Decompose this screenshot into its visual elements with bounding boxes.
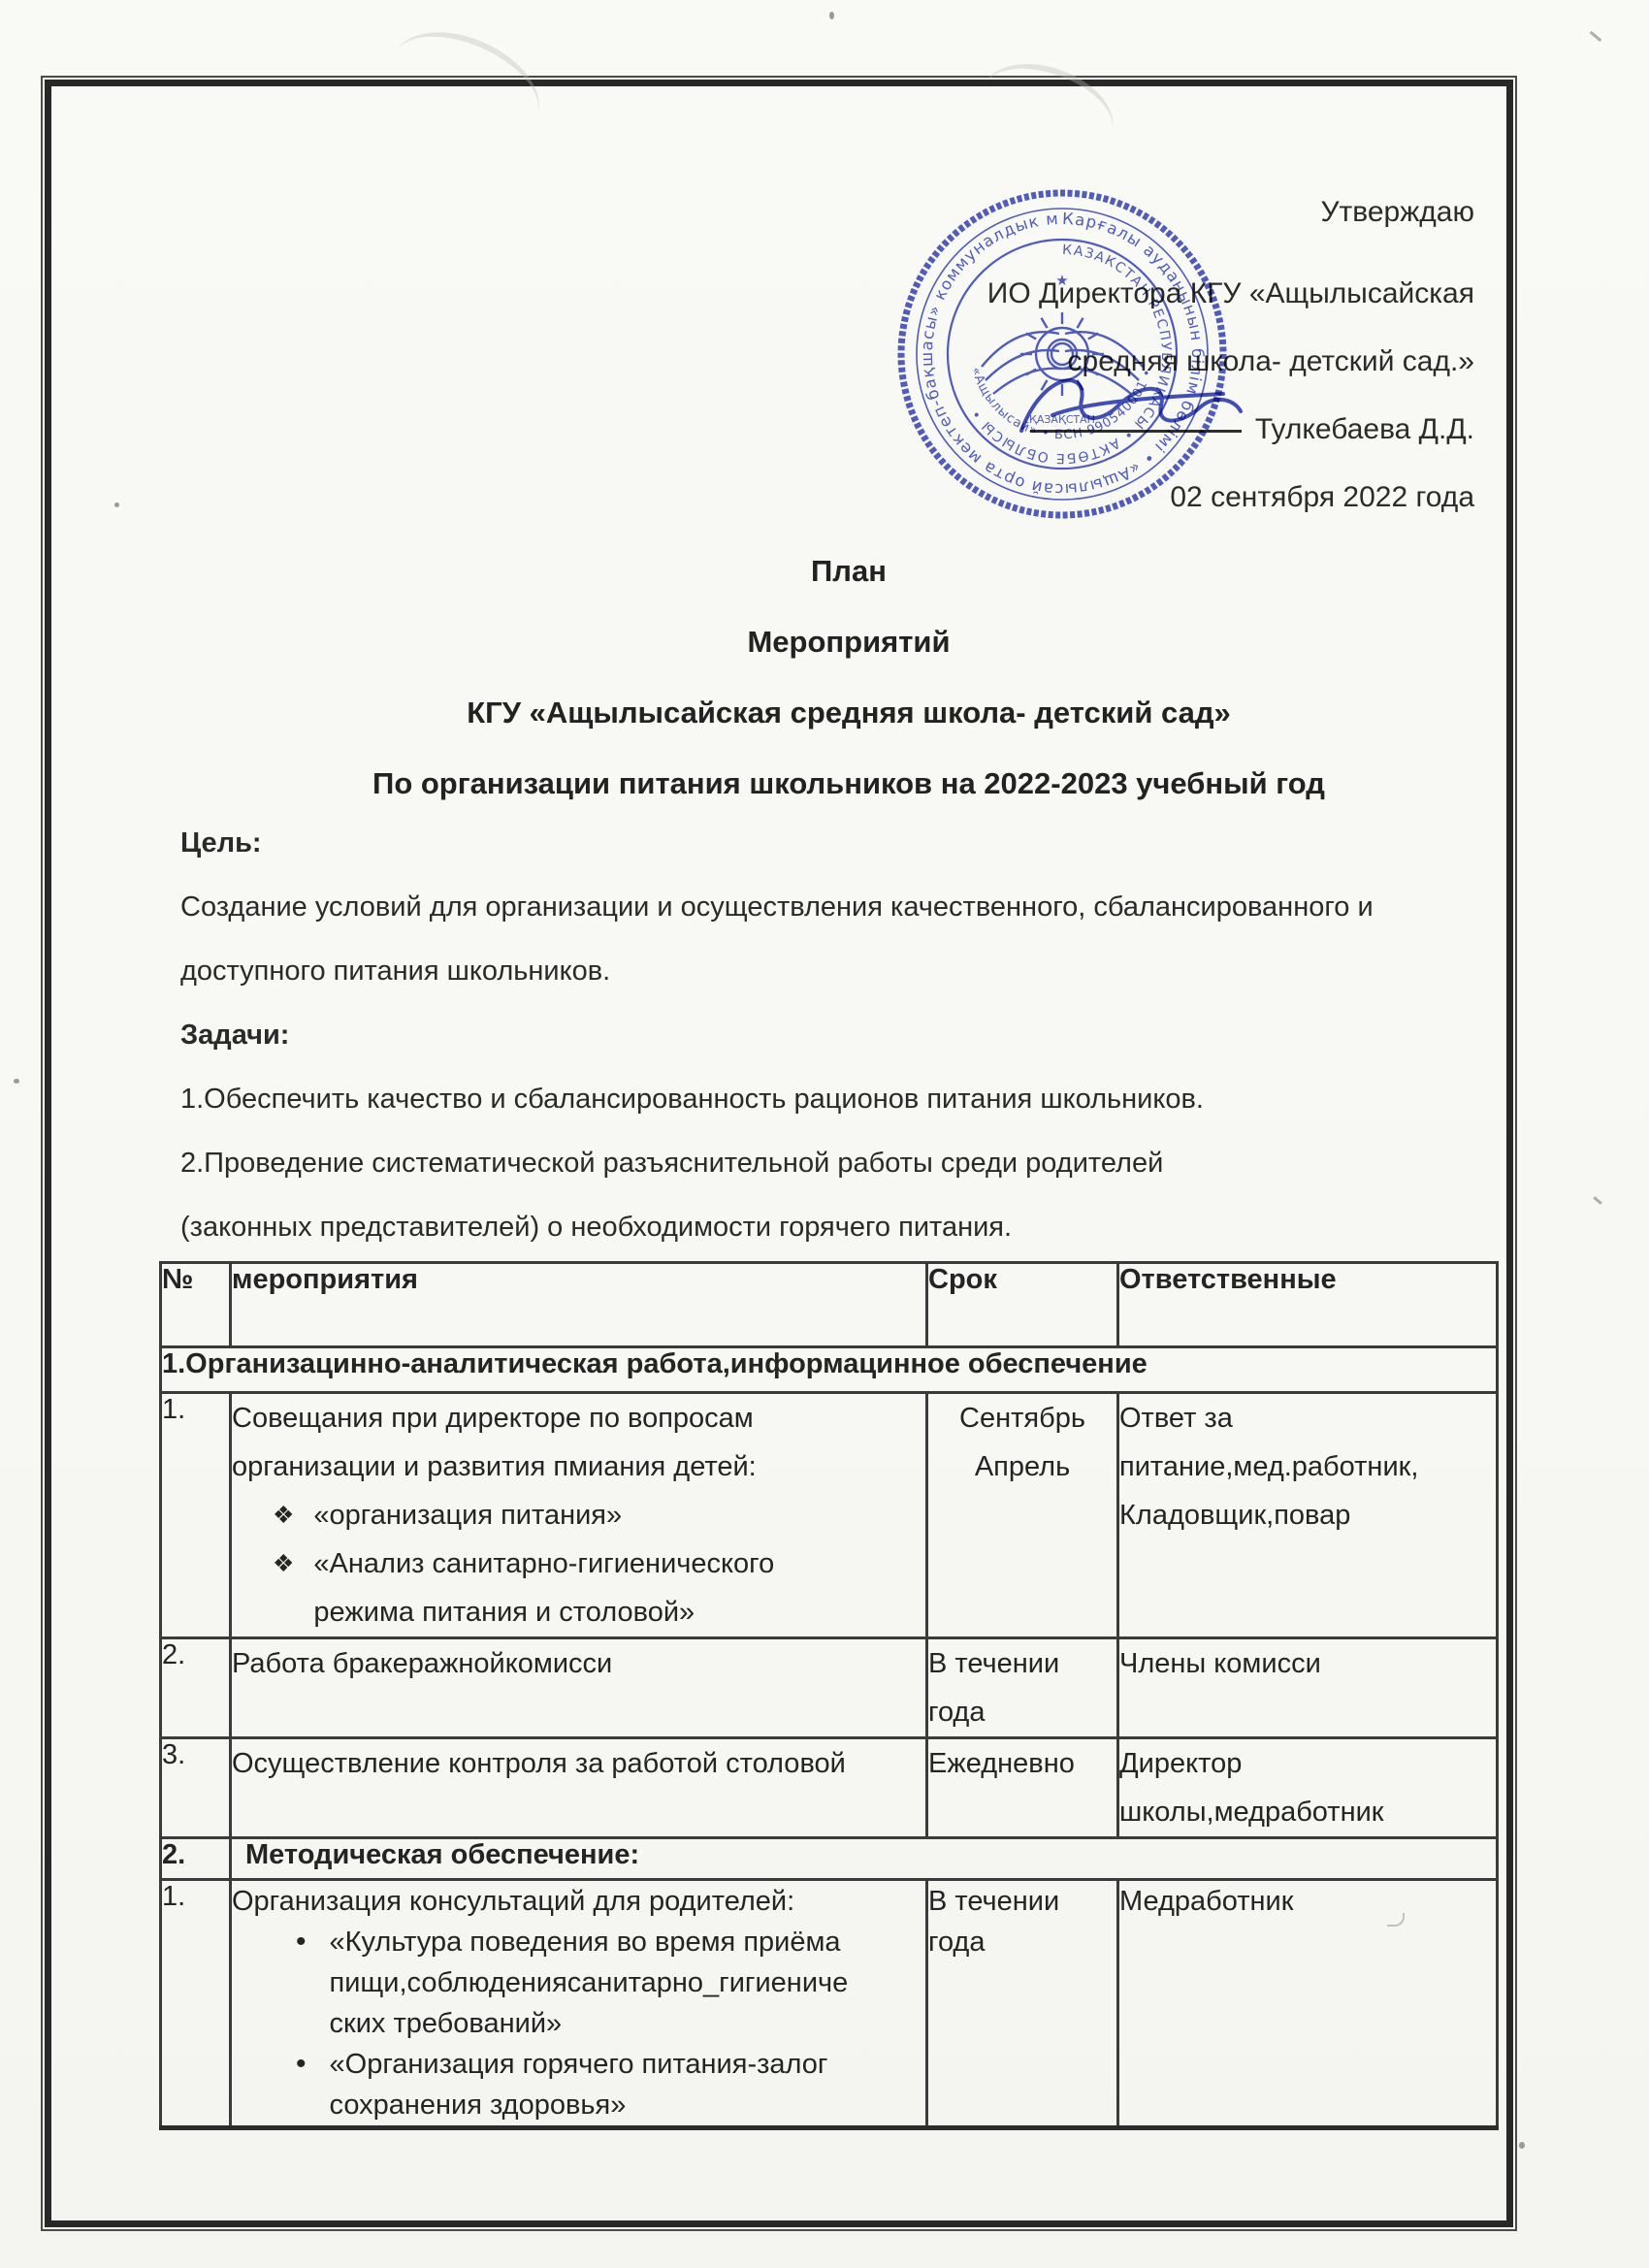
scan-speck (1519, 2142, 1525, 2149)
row-number: 2. (161, 1638, 231, 1738)
row-responsible: Члены комисси (1118, 1638, 1498, 1738)
term-line: года (928, 1688, 1116, 1736)
table-row: 3. Осуществление контроля за работой сто… (161, 1738, 1498, 1838)
title-line-4: По организации питания школьников на 202… (204, 748, 1494, 819)
row-responsible: Ответ за питание,мед.работник, Кладовщик… (1118, 1393, 1498, 1638)
diamond-bullet-icon: ❖ (273, 1539, 294, 1588)
goal-text-line2: доступного питания школьников. (180, 939, 1500, 1003)
table-row: 1. Совещания при директоре по вопросам о… (161, 1393, 1498, 1638)
term-line: В течении (928, 1881, 1116, 1922)
row-term: В течении года (927, 1638, 1118, 1738)
activity-line: Осуществление контроля за работой столов… (232, 1739, 925, 1788)
list-item: ❖ «организация питания» (273, 1491, 925, 1539)
scan-speck (14, 1079, 19, 1084)
list-item: • «Культура поведения во время приёма пи… (296, 1922, 925, 2044)
activity-line: Совещания при директоре по вопросам (232, 1394, 925, 1442)
task-line-1: 1.Обеспечить качество и сбалансированнос… (180, 1067, 1500, 1131)
scan-speck (1590, 31, 1602, 42)
header-responsible: Ответственные (1118, 1263, 1498, 1347)
row-activity: Работа бракеражнойкомисси (231, 1638, 927, 1738)
responsible-line: питание,мед.работник, (1119, 1442, 1496, 1491)
section-row-2: 2. Методическая обеспечение: (161, 1838, 1498, 1880)
title-line-3: КГУ «Ащылысайская средняя школа- детский… (204, 677, 1494, 748)
goal-text-line1: Создание условий для организации и осуще… (180, 875, 1500, 939)
list-item: • «Организация горячего питания-залог со… (296, 2044, 925, 2125)
dot-bullet-icon: • (296, 2044, 307, 2085)
stamp-star-icon: ★ (1055, 272, 1068, 289)
handwritten-signature (994, 355, 1305, 462)
scan-speck (1593, 1196, 1602, 1205)
row-number: 1. (161, 1393, 231, 1638)
responsible-line: Ответ за (1119, 1394, 1496, 1442)
section-1-title: 1.Организацинно-аналитическая работа,инф… (161, 1347, 1498, 1393)
diamond-bullet-icon: ❖ (273, 1491, 294, 1539)
row-responsible: Медработник (1118, 1880, 1498, 2128)
responsible-line: Кладовщик,повар (1119, 1491, 1496, 1539)
term-line: Ежедневно (928, 1739, 1116, 1788)
bullet-line: сохранения здоровья» (330, 2085, 828, 2125)
responsible-line: школы,медработник (1119, 1788, 1496, 1836)
table-header-row: № мероприятия Срок Ответственные (161, 1263, 1498, 1347)
term-line: В течении (928, 1639, 1116, 1688)
term-line: Апрель (928, 1442, 1116, 1491)
row-term: В течении года (927, 1880, 1118, 2128)
responsible-line: Медработник (1119, 1881, 1496, 1922)
activity-line: Организация консультаций для родителей: (232, 1881, 925, 1922)
document-title-block: План Мероприятий КГУ «Ащылысайская средн… (204, 535, 1494, 819)
responsible-line: Члены комисси (1119, 1639, 1496, 1688)
bullet-line: «организация питания» (313, 1491, 622, 1539)
section-2-number: 2. (161, 1838, 231, 1880)
bullet-line: «Культура поведения во время приёма (330, 1922, 849, 1962)
title-line-1: План (204, 535, 1494, 606)
section-2-title: Методическая обеспечение: (231, 1838, 1498, 1880)
table-row: 2. Работа бракеражнойкомисси В течении г… (161, 1638, 1498, 1738)
header-number: № (161, 1263, 231, 1347)
row-activity: Организация консультаций для родителей: … (231, 1880, 927, 2128)
header-activity: мероприятия (231, 1263, 927, 1347)
activity-line: организации и развития пмиания детей: (232, 1442, 925, 1491)
scanned-document-page: Утверждаю ИО Директора КГУ «Ащылысайская… (0, 0, 1649, 2268)
section-row-1: 1.Организацинно-аналитическая работа,инф… (161, 1347, 1498, 1393)
row-number: 3. (161, 1738, 231, 1838)
table-row: 1. Организация консультаций для родителе… (161, 1880, 1498, 2128)
tasks-label: Задачи: (180, 1003, 1500, 1067)
row-number: 1. (161, 1880, 231, 2128)
row-responsible: Директор школы,медработник (1118, 1738, 1498, 1838)
scan-speck (829, 12, 834, 19)
row-term: Ежедневно (927, 1738, 1118, 1838)
bullet-line: «Анализ санитарно-гигиенического (313, 1539, 774, 1588)
row-term: Сентябрь Апрель (927, 1393, 1118, 1638)
bullet-line: ских требований» (330, 2003, 849, 2044)
task-line-3: (законных представителей) о необходимост… (180, 1195, 1500, 1259)
term-line: Сентябрь (928, 1394, 1116, 1442)
goal-and-tasks: Цель: Создание условий для организации и… (180, 811, 1500, 1259)
activity-line: Работа бракеражнойкомисси (232, 1639, 925, 1688)
goal-label: Цель: (180, 811, 1500, 875)
row-activity: Совещания при директоре по вопросам орга… (231, 1393, 927, 1638)
responsible-line: Директор (1119, 1739, 1496, 1788)
task-line-2: 2.Проведение систематической разъяснител… (180, 1131, 1500, 1195)
plan-table: № мероприятия Срок Ответственные 1.Орган… (159, 1261, 1499, 2130)
dot-bullet-icon: • (296, 1922, 307, 1962)
list-item: ❖ «Анализ санитарно-гигиенического режим… (273, 1539, 925, 1636)
scan-speck (114, 502, 119, 507)
bullet-line: режима питания и столовой» (313, 1588, 774, 1636)
official-seal-stamp: Карғалы ауданынын білім бөлімі • «Ащылыс… (892, 184, 1232, 524)
header-term: Срок (927, 1263, 1118, 1347)
row-activity: Осуществление контроля за работой столов… (231, 1738, 927, 1838)
title-line-2: Мероприятий (204, 606, 1494, 677)
bullet-line: пищи,соблюдениясанитарно_гигиениче (330, 1962, 849, 2003)
bullet-line: «Организация горячего питания-залог (330, 2044, 828, 2085)
term-line: года (928, 1922, 1116, 1962)
